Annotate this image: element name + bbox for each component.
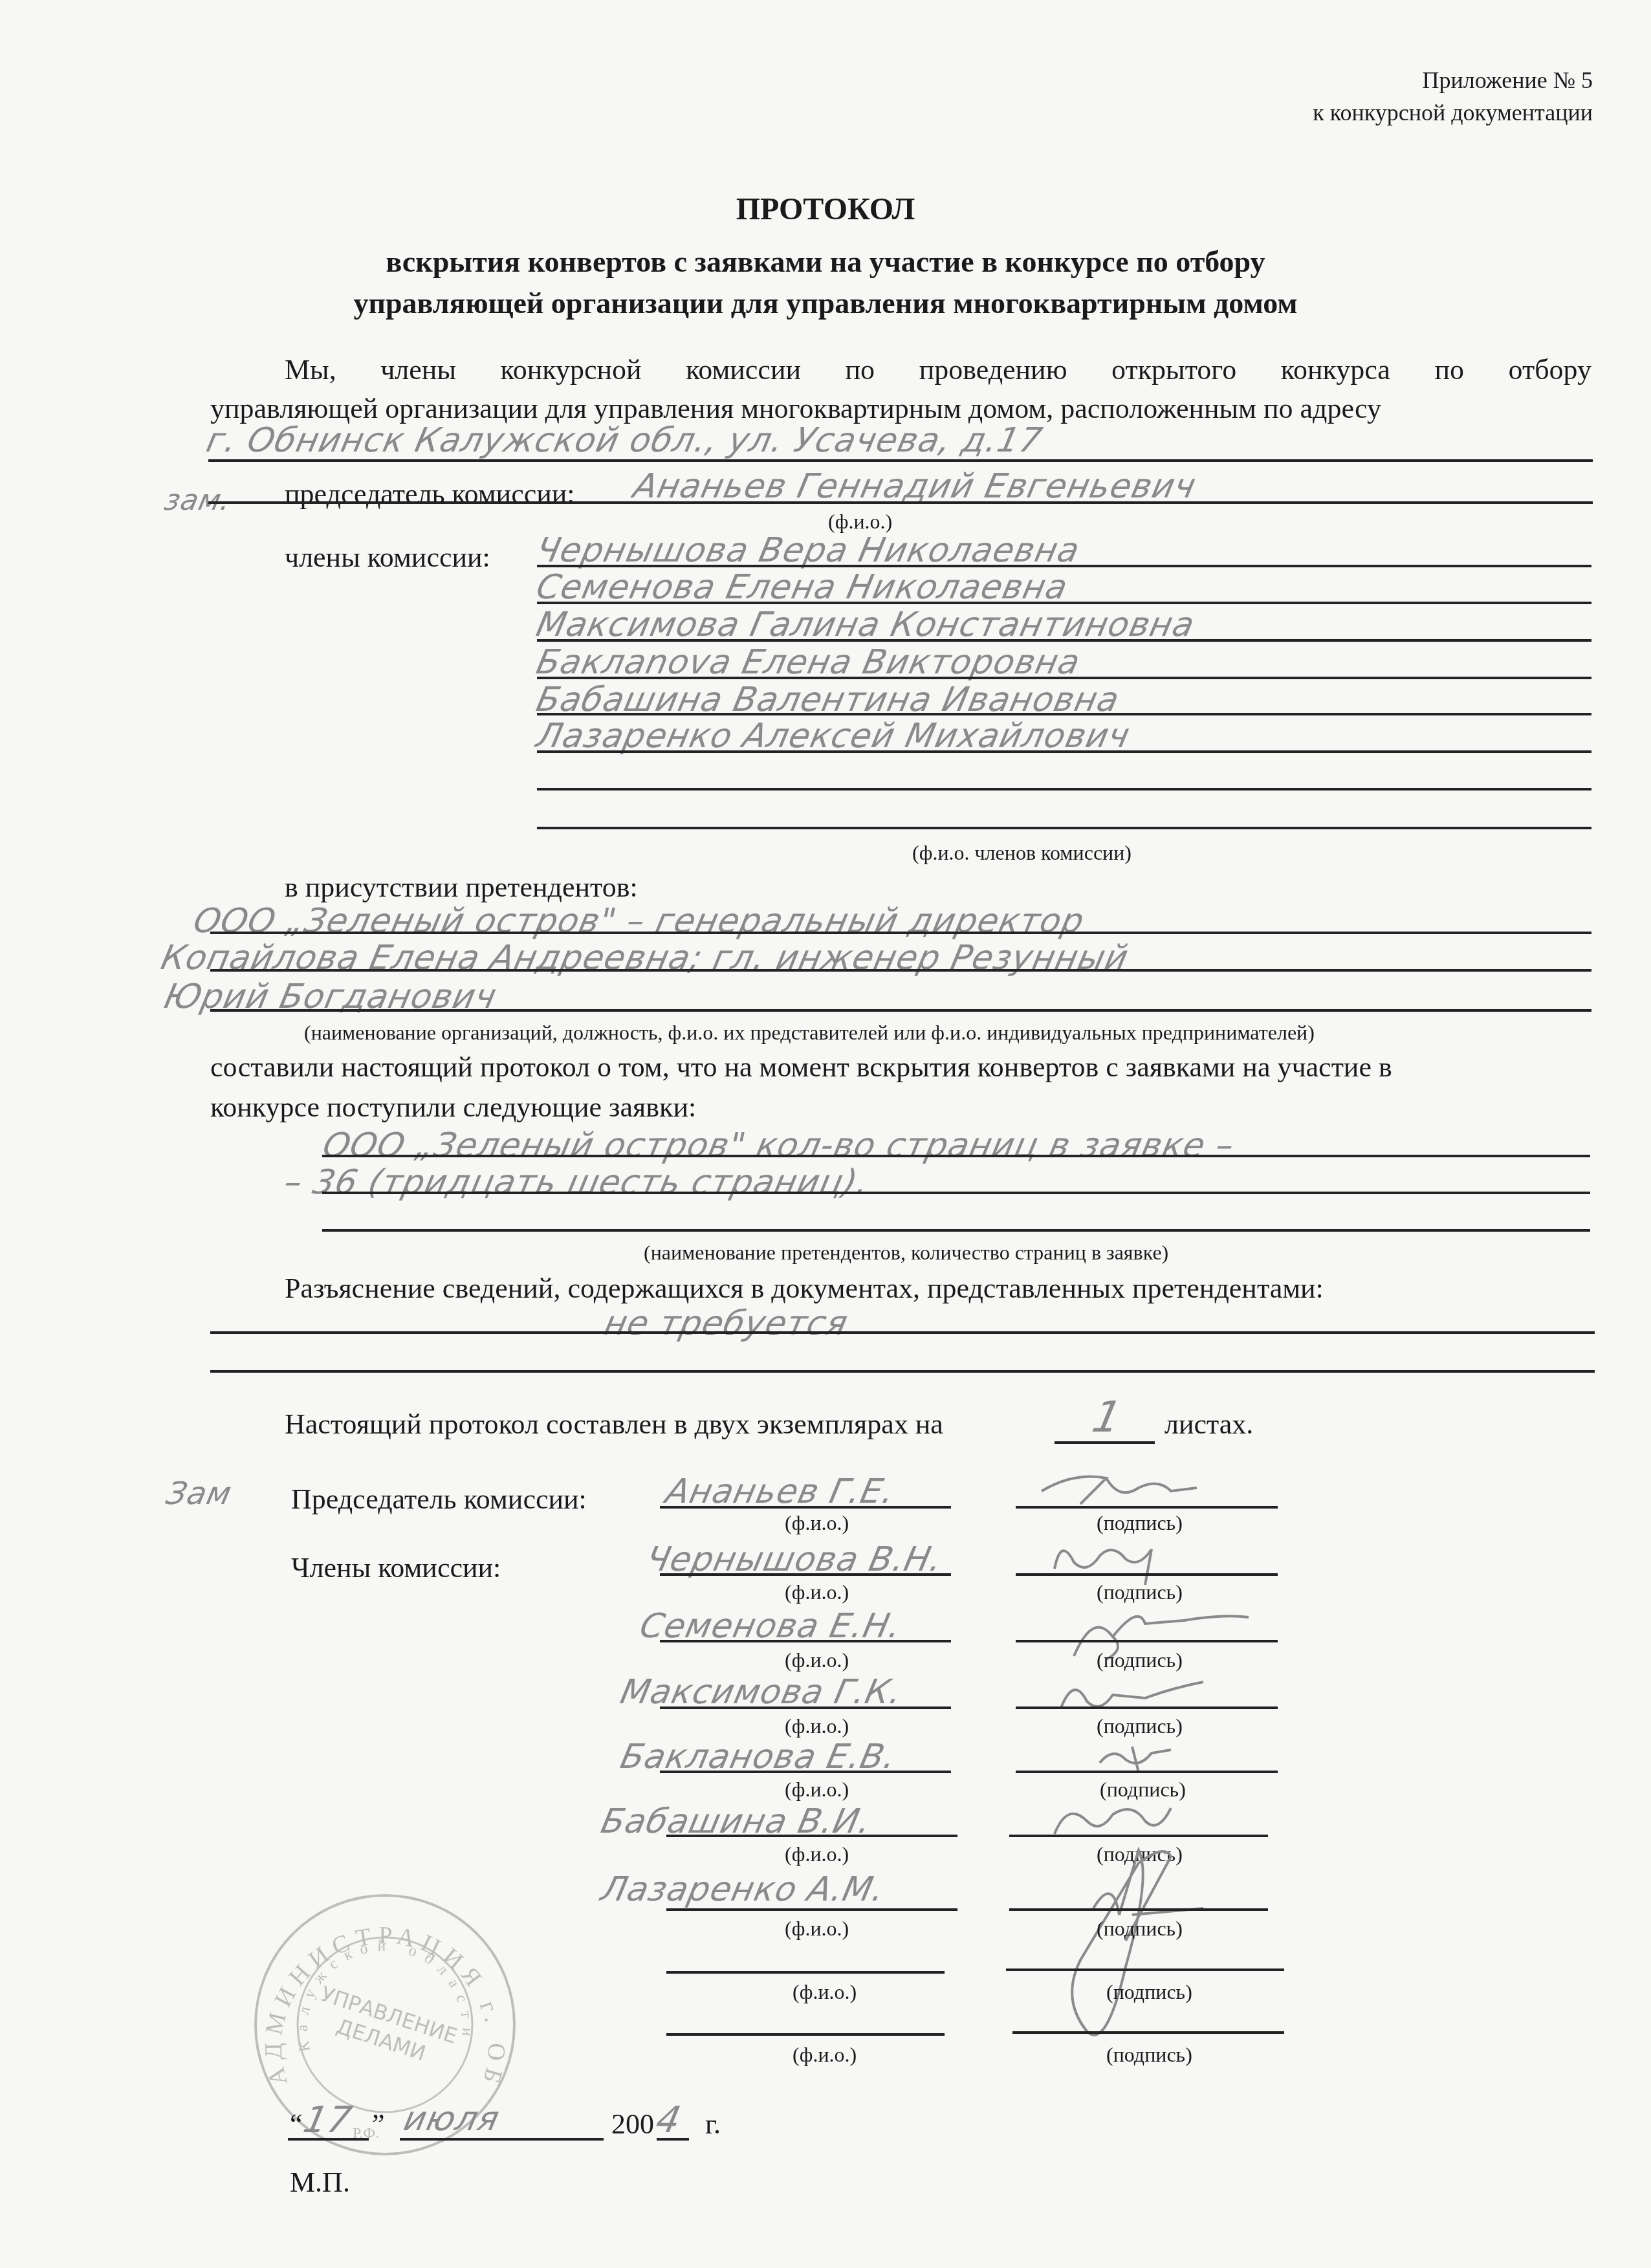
signature-row-4-sig-line: [1016, 1706, 1278, 1709]
date-close-quote: ”: [372, 2110, 385, 2139]
appendix-number: Приложение № 5: [1422, 69, 1593, 92]
copies-text-after: листах.: [1164, 1410, 1253, 1439]
signature-row-7-name-caption: (ф.и.о.): [785, 1918, 849, 1939]
address-line: [208, 459, 1593, 462]
signature-row-4-name-caption: (ф.и.о.): [785, 1716, 849, 1736]
date-month-value: июля: [400, 2102, 502, 2136]
applicant-rep-underline-1: [210, 932, 1591, 934]
member-line-8: [537, 827, 1591, 829]
signature-row-8-name-line: [666, 1971, 945, 1974]
signature-row-9-name-caption: (ф.и.о.): [793, 2044, 857, 2065]
signature-row-1-sig-line: [1016, 1506, 1278, 1509]
date-day-line: [288, 2138, 369, 2141]
application-underline-3: [322, 1229, 1590, 1232]
signature-row-2-name: Чернышова В.Н.: [643, 1543, 945, 1576]
applications-caption: (наименование претендентов, количество с…: [644, 1242, 1168, 1263]
page-subtitle-line2: управляющей организации для управления м…: [0, 289, 1651, 318]
application-underline-1: [322, 1155, 1590, 1157]
chairman-label: председатель комиссии:: [285, 480, 575, 508]
clarification-label: Разъяснение сведений, содержащихся в док…: [285, 1274, 1324, 1303]
members-label: члены комиссии:: [285, 543, 490, 572]
chairman-line: [208, 501, 1593, 504]
signature-row-3-sig-caption: (подпись): [1097, 1650, 1183, 1670]
chairman-margin-note: зам.: [162, 486, 234, 515]
signature-row-7-sig-line: [1009, 1908, 1268, 1911]
member-name-4: Баклanova Елена Викторовна: [533, 646, 1083, 679]
members-caption: (ф.и.о. членов комиссии): [912, 842, 1132, 863]
member-name-5: Бабашина Валентина Ивановна: [533, 683, 1122, 717]
statement-line2: конкурсе поступили следующие заявки:: [210, 1093, 696, 1122]
application-underline-2: [322, 1192, 1590, 1194]
signature-row-1-name-line: [660, 1506, 951, 1509]
signature-row-4-mark: [1048, 1669, 1216, 1721]
member-line-5: [537, 713, 1591, 715]
signature-row-6-name-caption: (ф.и.о.): [785, 1844, 849, 1864]
signature-row-6-name-line: [666, 1835, 957, 1837]
signature-row-9-sig-line: [1012, 2031, 1284, 2034]
member-name-3: Максимова Галина Константиновна: [533, 608, 1197, 642]
signature-row-1-name-caption: (ф.и.о.): [785, 1512, 849, 1533]
signature-row-7-name: Лазаренко А.М.: [598, 1873, 888, 1906]
signature-row-7-sig-caption: (подпись): [1097, 1918, 1183, 1939]
application-line-2: – 36 (тридцать шесть страниц).: [281, 1166, 872, 1199]
signature-row-1-mark: [1035, 1465, 1203, 1510]
chairman-name-value: Ананьев Геннадий Евгеньевич: [630, 470, 1199, 503]
member-line-7: [537, 788, 1591, 791]
clarification-underline-2: [210, 1370, 1595, 1373]
signature-row-8-sig-line: [1006, 1968, 1284, 1971]
signature-row-2-mark: [1048, 1530, 1177, 1588]
member-line-1: [537, 565, 1591, 567]
signature-row-6-name: Бабашина В.И.: [598, 1805, 874, 1838]
signature-row-5-name-line: [660, 1771, 951, 1773]
applicant-rep-underline-2: [210, 969, 1591, 972]
signature-chairman-margin-note: Зам: [164, 1478, 235, 1509]
signature-row-3-sig-line: [1016, 1640, 1278, 1642]
signature-row-5-sig-line: [1016, 1771, 1278, 1773]
page-title: ПРОТОКОЛ: [0, 194, 1651, 225]
signature-chairman-label: Председатель комиссии:: [291, 1485, 587, 1514]
signature-row-5-name: Бакланова Е.В.: [617, 1740, 899, 1774]
applicants-present-caption: (наименование организаций, должность, ф.…: [304, 1022, 1315, 1043]
date-day-value: 17: [300, 2102, 355, 2139]
signature-row-3-name-caption: (ф.и.о.): [785, 1650, 849, 1670]
clarification-value: не требуется: [601, 1307, 851, 1340]
signature-row-2-name-line: [660, 1573, 951, 1576]
member-line-3: [537, 639, 1591, 642]
signature-row-3-name: Семенова Е.Н.: [637, 1609, 904, 1643]
signature-row-8-sig-caption: (подпись): [1106, 1981, 1192, 2002]
signature-row-5-name-caption: (ф.и.о.): [785, 1779, 849, 1800]
signature-row-2-sig-line: [1016, 1573, 1278, 1576]
copies-sheets-line: [1055, 1441, 1155, 1444]
member-line-4: [537, 677, 1591, 679]
address-value: г. Обнинск Калужской обл., ул. Усачева, …: [203, 424, 1045, 457]
member-line-2: [537, 602, 1591, 604]
signature-row-7-name-line: [666, 1908, 957, 1911]
seal-outer-text: АДМИНИСТРАЦИЯ г. ОБНИНСК: [249, 1889, 510, 2093]
intro-line1: Мы,членыконкурснойкомиссиипопроведениюот…: [285, 356, 1591, 384]
applicant-rep-underline-3: [210, 1009, 1591, 1012]
signature-row-9-sig-caption: (подпись): [1106, 2044, 1192, 2065]
copies-text: Настоящий протокол составлен в двух экзе…: [285, 1410, 943, 1439]
date-year-suffix-value: 4: [653, 2102, 684, 2139]
member-name-2: Семенова Елена Николаевна: [533, 571, 1071, 604]
clarification-underline-1: [210, 1331, 1595, 1334]
intro-line2: управляющей организации для управления м…: [210, 395, 1381, 423]
date-month-line: [400, 2138, 604, 2141]
signature-row-3-name-line: [660, 1640, 951, 1642]
date-year-unit: г.: [705, 2110, 721, 2139]
signature-row-9-name-line: [666, 2033, 945, 2036]
svg-text:АДМИНИСТРАЦИЯ г. ОБНИНСК: АДМИНИСТРАЦИЯ г. ОБНИНСК: [249, 1889, 510, 2093]
date-year-line: [657, 2138, 689, 2141]
member-name-1: Чернышова Вера Николаевна: [533, 534, 1082, 567]
signature-row-1-name: Ананьев Г.Е.: [662, 1475, 897, 1509]
statement-line1: составили настоящий протокол о том, что …: [210, 1053, 1392, 1082]
signature-row-4-name: Максимова Г.К.: [617, 1675, 905, 1709]
signature-row-2-name-caption: (ф.и.о.): [785, 1582, 849, 1602]
signature-row-4-name-line: [660, 1706, 951, 1709]
chairman-caption: (ф.и.о.): [828, 511, 892, 532]
member-line-6: [537, 750, 1591, 753]
page-subtitle-line1: вскрытия конвертов с заявками на участие…: [0, 247, 1651, 277]
application-line-1: ООО „Зеленый остров" кол-во страниц в за…: [320, 1129, 1237, 1162]
signature-members-label: Члены комиссии:: [291, 1554, 501, 1582]
appendix-subtitle: к конкурсной документации: [1313, 101, 1593, 124]
member-name-6: Лазаренко Алексей Михайлович: [533, 719, 1133, 753]
signature-row-8-name-caption: (ф.и.о.): [793, 1981, 857, 2002]
seal-place-label: М.П.: [290, 2168, 350, 2197]
date-year-prefix: 200: [611, 2110, 654, 2139]
copies-sheets-value: 1: [1089, 1396, 1126, 1439]
applicants-present-label: в присутствии претендентов:: [285, 873, 638, 902]
